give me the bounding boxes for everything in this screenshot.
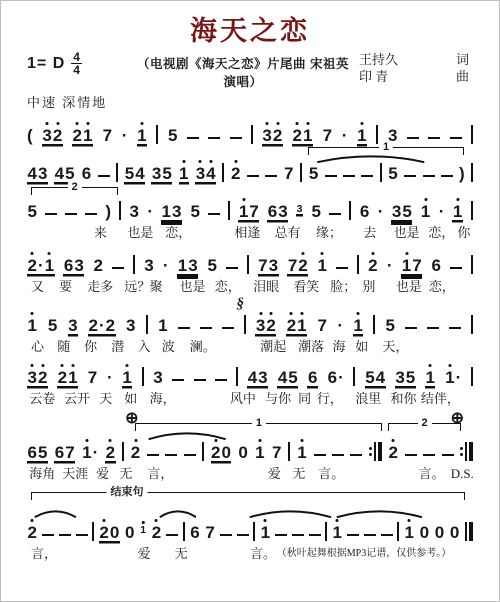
repeat-dots: [460, 447, 463, 456]
note-digit: 7: [412, 258, 422, 274]
bracket-label: 2: [68, 181, 82, 193]
duration-dash: [220, 534, 232, 536]
notes-line: 1532·23132217·15: [27, 311, 473, 337]
note-digit: 5: [37, 445, 47, 461]
note-digit: 3: [172, 204, 182, 220]
lyric: 恋，: [428, 225, 454, 240]
thin-barline: [374, 442, 376, 461]
note-digit: 5: [311, 204, 321, 220]
score-body: (32217·1532217·1314345654351342755)25)3·…: [1, 121, 499, 562]
duration-dash: [247, 175, 259, 177]
note-digit: 6: [327, 370, 337, 386]
note-digit: 3: [296, 204, 303, 214]
note-digit: 3: [42, 128, 52, 144]
augmentation-dot: ·: [342, 128, 348, 144]
lyric: 云卷: [29, 391, 55, 406]
octave-dot: [405, 252, 408, 255]
lyric: 又: [31, 279, 44, 294]
note-digit: 4: [375, 370, 385, 386]
note-digit: 1: [425, 370, 435, 386]
note-digit: 1: [445, 370, 455, 386]
barline: [156, 125, 158, 144]
duration-dash: [407, 137, 419, 139]
barline: [133, 255, 135, 274]
tie-arc: [248, 508, 333, 518]
note-token: 6: [359, 204, 369, 220]
final-barline: [465, 522, 473, 541]
note-token: 32: [27, 370, 48, 386]
octave-dot: [41, 364, 44, 367]
lyrics-line: 海角天涯爱无言，爱无言。言。D.S.: [27, 466, 473, 482]
note-digit: 1: [357, 128, 367, 144]
note-digit: 3: [27, 370, 37, 386]
time-signature-bottom: 4: [71, 64, 82, 76]
note-token: 7: [87, 370, 97, 386]
octave-dot: [266, 122, 269, 125]
note-digit: 4: [54, 166, 64, 182]
octave-dot: [126, 364, 129, 367]
note-digit: 5: [65, 166, 75, 182]
coda-icon: ⊕: [451, 411, 464, 426]
octave-dot: [103, 519, 106, 522]
note-digit: 7: [317, 318, 327, 334]
lyric: D.S.: [451, 466, 474, 481]
note-digit: 3: [129, 204, 139, 220]
duration-dash: [98, 175, 110, 177]
note-digit: 0: [125, 525, 135, 541]
composer-row: 印 青 曲: [355, 68, 473, 85]
subtitle: （电视剧《海天之恋》片尾曲 宋祖英演唱）: [131, 51, 355, 90]
octave-dot: [182, 160, 185, 163]
barline: [247, 255, 249, 274]
lyric: 相逢: [234, 225, 260, 240]
note-token: 1: [297, 445, 307, 461]
duration-dash: [405, 454, 417, 456]
note-digit: 1: [179, 166, 189, 182]
note-digit: 5: [388, 166, 398, 182]
octave-dot: [109, 439, 112, 442]
note-digit: 0: [109, 525, 119, 541]
duration-dash: [336, 267, 348, 269]
bracket-label: 2: [418, 417, 432, 429]
lyric: 爱: [268, 466, 281, 481]
note-digit: 1: [420, 204, 430, 220]
marks-layer: ⊕12⊕: [27, 411, 473, 438]
note-digit: 3: [255, 318, 265, 334]
lyric: 云开: [64, 391, 90, 406]
score-system: 2·16323·135737212·176又要走多远？聚也是恋，泪眼看笑脸；别也…: [27, 251, 473, 295]
duration-dash: [449, 327, 461, 329]
note-token: 21: [292, 128, 313, 144]
note-digit: 6: [27, 445, 37, 461]
barline: [122, 442, 124, 461]
note-digit: 5: [207, 258, 217, 274]
notes-line: 5)3·1351763356·351·1: [27, 197, 473, 223]
note-token: 1: [27, 318, 37, 334]
note-token: 6: [307, 370, 317, 386]
octave-dot: [214, 439, 217, 442]
augmentation-dot: ·: [147, 204, 153, 220]
note-token: 1: [404, 525, 414, 541]
duration-dash: [187, 137, 199, 139]
note-digit: 2: [298, 258, 308, 274]
note-digit: 7: [205, 525, 215, 541]
note-digit: 5: [385, 318, 395, 334]
note-token: 6·: [327, 370, 344, 386]
score-system: §1532·23132217·15心随你潜入波澜。潮起潮落海如天，: [27, 297, 473, 355]
note-digit: 7: [322, 128, 332, 144]
lyric: 天，: [382, 339, 408, 354]
note-token: 21: [286, 318, 307, 334]
barline: [183, 522, 185, 541]
note-digit: 1: [332, 525, 342, 541]
note-token: 1: [260, 525, 270, 541]
note-token: 1·: [445, 370, 462, 386]
note-token: 1·: [82, 445, 99, 461]
phrase-paren: ): [459, 166, 465, 182]
octave-dot: [296, 122, 299, 125]
repeat-dot: [369, 453, 372, 456]
barline: [116, 163, 118, 182]
note-token: 0: [419, 525, 429, 541]
note-digit: 4: [27, 166, 37, 182]
note-token: 2: [368, 258, 378, 274]
key-signature: 1= D 4 4: [27, 51, 131, 76]
phrase-paren: (: [27, 128, 33, 144]
tempo-marking: 中速 深情地: [1, 90, 499, 111]
note-token: 1: [158, 318, 168, 334]
note-token: 32: [262, 128, 283, 144]
augmentation-dot: ·: [378, 204, 384, 220]
note-digit: 3: [151, 166, 161, 182]
lyric: 无: [119, 466, 132, 481]
barline: [228, 201, 230, 220]
duration-dash: [350, 454, 362, 456]
barline: [325, 522, 327, 541]
duration-dash: [292, 534, 304, 536]
note-digit: 2: [211, 445, 221, 461]
lyric: 也是: [127, 225, 153, 240]
note-digit: 0: [238, 445, 248, 461]
note-digit: 1: [122, 370, 132, 386]
duration-dash: [59, 534, 71, 536]
octave-dot: [134, 439, 137, 442]
note-token: 2: [27, 525, 37, 541]
lyric: 缘；: [316, 225, 342, 240]
note-digit: 5: [124, 166, 134, 182]
lyric: 脸；: [330, 279, 356, 294]
note-token: 0: [125, 525, 135, 541]
barline: [146, 315, 148, 334]
notes-line: 65671·222001712: [27, 438, 473, 464]
note-token: 6: [431, 258, 441, 274]
octave-dot: [48, 252, 51, 255]
octave-dot: [336, 519, 339, 522]
octave-dot: [31, 252, 34, 255]
duration-dash: [65, 213, 77, 215]
lyrics-line: 来也是恋，相逢总有缘；去也是恋，你: [27, 225, 473, 241]
octave-dot: [448, 364, 451, 367]
thin-barline: [465, 442, 467, 461]
note-digit: 5: [162, 166, 172, 182]
note-token: 2: [130, 445, 140, 461]
note-token: 20: [99, 525, 120, 541]
duration-dash: [226, 267, 238, 269]
note-digit: 2: [105, 445, 115, 461]
note-digit: 1: [297, 445, 307, 461]
note-token: 72: [287, 258, 308, 274]
duration-dash: [237, 534, 249, 536]
note-digit: 3: [258, 370, 268, 386]
lyric: 行，: [317, 391, 343, 406]
score-system: 结束句22001267111000言，爱无言。（秋叶起舞根据MP3记谱，仅供参考…: [27, 492, 473, 562]
octave-dot: [140, 122, 143, 125]
note-token: 0: [449, 525, 459, 541]
barline: [357, 255, 359, 274]
duration-dash: [178, 327, 190, 329]
tie-arc: [335, 508, 424, 518]
octave-dot: [302, 252, 305, 255]
note-token: 13: [161, 204, 182, 220]
note-token: 45: [54, 166, 75, 182]
notes-line: 2·16323·135737212·176: [27, 251, 473, 277]
barline: [142, 367, 144, 386]
duration-dash: [265, 175, 277, 177]
note-digit: 2: [105, 318, 115, 334]
note-digit: 1: [260, 525, 270, 541]
note-digit: 2: [88, 318, 98, 334]
note-digit: 4: [247, 370, 257, 386]
score-system: 14345654351342755): [27, 147, 473, 185]
lyric: 如: [355, 339, 368, 354]
note-token: 3: [125, 318, 135, 334]
lyric: 浪里: [355, 391, 381, 406]
lyric: 恋，: [215, 279, 241, 294]
note-digit: 2: [37, 370, 47, 386]
note-digit: 5: [190, 204, 200, 220]
note-digit: 1: [401, 258, 411, 274]
barline: [471, 125, 473, 144]
augmentation-dot: ·: [163, 258, 169, 274]
note-digit: 2: [27, 258, 37, 274]
lyrics-line: 又要走多远？聚也是恋，泪眼看笑脸；别也是恋，: [27, 279, 473, 295]
note-token: 3: [129, 204, 139, 220]
note-digit: 1: [177, 258, 187, 274]
note-token: 7: [205, 525, 215, 541]
note-token: 67: [54, 445, 75, 461]
note-digit: 1: [238, 204, 248, 220]
note-token: 7: [322, 128, 332, 144]
lyric: 如: [124, 391, 137, 406]
octave-dot: [259, 312, 262, 315]
lyric: 潮起: [260, 339, 286, 354]
note-token: 63: [267, 204, 288, 220]
octave-dot: [76, 122, 79, 125]
note-digit: 5: [47, 318, 57, 334]
note-digit: 7: [284, 166, 294, 182]
note-digit: 1: [161, 204, 171, 220]
notes-line: (32217·1532217·13: [27, 121, 473, 147]
octave-dot: [300, 439, 303, 442]
lyric: 随: [57, 339, 70, 354]
duration-dash: [194, 379, 206, 381]
score-system: 32217·13434566·543511·云卷云开天如海，风中与你同行，浪里和…: [27, 363, 473, 407]
note-digit: 2: [368, 258, 378, 274]
lyric: 远？: [124, 279, 150, 294]
note-digit: 4: [277, 370, 287, 386]
note-token: 20: [211, 445, 232, 461]
lyric: 言。: [318, 466, 344, 481]
note-token: 21: [72, 128, 93, 144]
augmentation-dot: ·: [107, 370, 113, 386]
note-digit: 2: [52, 128, 62, 144]
lyric: 海: [333, 339, 346, 354]
octave-dot: [31, 519, 34, 522]
lyric: 爱: [138, 546, 151, 561]
lyric: 也是: [394, 225, 420, 240]
octave-dot: [270, 312, 273, 315]
barline: [236, 367, 238, 386]
note-digit: 5: [288, 370, 298, 386]
lyric: 无: [292, 466, 305, 481]
duration-dash: [45, 213, 57, 215]
lyric: 要: [59, 279, 72, 294]
note-token: 32: [42, 128, 63, 144]
lyric: 与你: [265, 391, 291, 406]
note-token: 34: [195, 166, 216, 182]
barline: [471, 315, 473, 334]
note-digit: 1: [137, 128, 147, 144]
lyric: 心: [31, 339, 44, 354]
note-digit: 2: [151, 525, 161, 541]
lyric: 言，: [31, 546, 57, 561]
octave-dot: [300, 312, 303, 315]
note-digit: 2: [72, 128, 82, 144]
lyric: 恋，: [429, 279, 455, 294]
score-system: ⊕12⊕65671·222001712海角天涯爱无言，爱无言。言。D.S.: [27, 411, 473, 482]
note-digit: 6: [431, 258, 441, 274]
note-digit: 3: [195, 166, 205, 182]
lyric: 入: [138, 339, 151, 354]
note-token: 73: [258, 258, 279, 274]
bracket-label: 1: [252, 417, 266, 429]
note-token: 3: [68, 318, 78, 334]
page-title: 海天之恋: [1, 15, 499, 47]
marks-layer: 2: [27, 185, 473, 197]
score-system: 25)3·1351763356·351·1来也是恋，相逢总有缘；去也是恋，你: [27, 185, 473, 241]
octave-dot: [408, 519, 411, 522]
lyric: 恋，: [165, 225, 191, 240]
repeat-dot: [369, 447, 372, 450]
note-digit: 0: [419, 525, 429, 541]
note-digit: ·: [98, 318, 105, 334]
note-token: 54: [365, 370, 386, 386]
note-digit: 3: [395, 370, 405, 386]
lyric: 和你: [390, 391, 416, 406]
duration-dash: [275, 534, 287, 536]
duration-dash: [404, 175, 416, 177]
note-digit: ·: [455, 370, 462, 386]
volta-bracket: 2: [31, 187, 118, 195]
repeat-barline: [460, 442, 473, 461]
duration-dash: [208, 137, 220, 139]
note-digit: 6: [267, 204, 277, 220]
octave-dot: [71, 364, 74, 367]
duration-dash: [76, 534, 88, 536]
note-digit: 1: [353, 318, 363, 334]
note-digit: 7: [87, 370, 97, 386]
lyric: 聚: [150, 279, 163, 294]
note-token: 2: [388, 445, 398, 461]
note-digit: 2: [57, 370, 67, 386]
time-signature: 4 4: [71, 51, 82, 76]
duration-dash: [329, 213, 341, 215]
duration-dash: [450, 267, 462, 269]
note-token: 7: [102, 128, 112, 144]
note-digit: 0: [221, 445, 231, 461]
barline: [119, 201, 121, 220]
duration-dash: [332, 454, 344, 456]
augmentation-dot: ·: [387, 258, 393, 274]
note-token: 65: [27, 445, 48, 461]
lyric: 天涯: [62, 466, 88, 481]
octave-dot: [290, 312, 293, 315]
octave-dot: [86, 122, 89, 125]
key-label: 1= D: [27, 55, 65, 73]
note-digit: 7: [65, 445, 75, 461]
tie-arc: [315, 153, 427, 163]
note-digit: 0: [449, 525, 459, 541]
barline: [471, 163, 473, 182]
note-digit: 6: [190, 525, 200, 541]
lyrics-line: 心随你潜入波澜。潮起潮落海如天，: [27, 339, 473, 355]
note-token: 45: [277, 370, 298, 386]
note-token: 7: [272, 445, 282, 461]
duration-dash: [200, 327, 212, 329]
note-token: 0: [434, 525, 444, 541]
duration-dash: [172, 379, 184, 381]
note-digit: 6: [307, 370, 317, 386]
note-digit: 3: [68, 318, 78, 334]
phrase-paren: ): [105, 204, 111, 220]
barline: [349, 201, 351, 220]
note-token: 35: [151, 166, 172, 182]
note-token: 1: [425, 370, 435, 386]
repeat-dot: [460, 447, 463, 450]
note-digit: 5: [27, 204, 37, 220]
note-digit: 3: [262, 128, 272, 144]
duration-dash: [184, 454, 196, 456]
note-token: 7: [317, 318, 327, 334]
lyric: 风中: [230, 391, 256, 406]
note-token: 6: [190, 525, 200, 541]
note-token: 1: [122, 370, 132, 386]
note-token: 5: [388, 166, 398, 182]
lyric: 你: [457, 225, 470, 240]
lyric: 潜: [111, 339, 124, 354]
duration-dash: [450, 137, 462, 139]
note-token: 5: [308, 166, 318, 182]
octave-dot: [31, 364, 34, 367]
note-digit: 2: [27, 525, 37, 541]
lyric: 波: [162, 339, 175, 354]
octave-dot: [429, 364, 432, 367]
duration-dash: [166, 534, 178, 536]
note-digit: 1: [44, 258, 54, 274]
note-token: 6: [81, 166, 91, 182]
lyricist-name: 王持久: [359, 51, 398, 68]
note-token: 1: [420, 204, 430, 220]
